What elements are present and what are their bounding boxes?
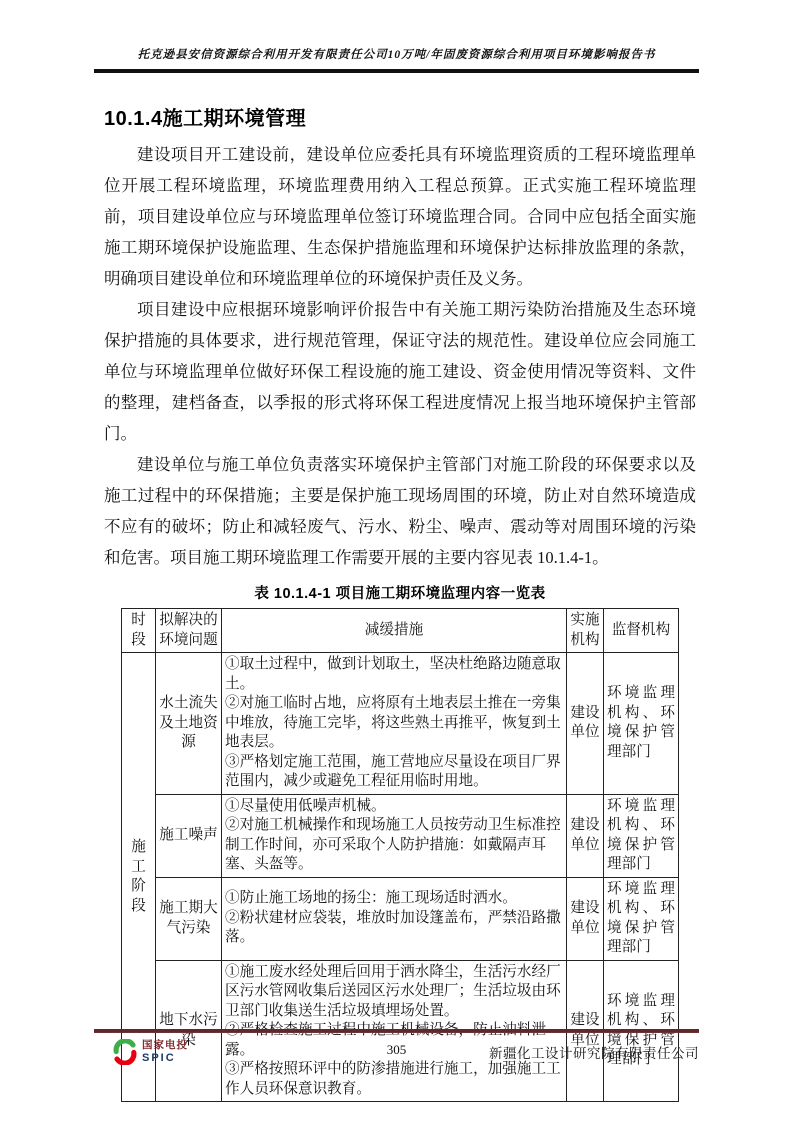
page-body: 10.1.4施工期环境管理 建设项目开工建设前，建设单位应委托具有环境监理资质的… <box>104 92 696 1102</box>
problem-cell: 水土流失及土地资源 <box>156 653 222 795</box>
table-row: 施工阶段 水土流失及土地资源 ①取土过程中，做到计划取土，坚决杜绝路边随意取土。… <box>122 653 679 795</box>
col-header-measures: 减缓措施 <box>222 609 567 653</box>
implementer-cell: 建设单位 <box>567 653 604 795</box>
footer-rule <box>94 1029 699 1033</box>
paragraph: 建设单位与施工单位负责落实环境保护主管部门对施工阶段的环保要求以及施工过程中的环… <box>104 449 696 573</box>
section-heading: 10.1.4施工期环境管理 <box>104 102 696 131</box>
problem-cell: 施工噪声 <box>156 794 222 877</box>
report-title: 托克逊县安信资源综合利用开发有限责任公司10万吨/年固废资源综合利用项目环境影响… <box>94 46 699 62</box>
table-header-row: 时段 拟解决的环境问题 减缓措施 实施机构 监督机构 <box>122 609 679 653</box>
table-row: 施工期大气污染 ①防止施工场地的扬尘：施工现场适时洒水。 ②粉状建材应袋装，堆放… <box>122 877 679 960</box>
table-row: 施工噪声 ①尽量使用低噪声机械。 ②对施工机械操作和现场施工人员按劳动卫生标准控… <box>122 794 679 877</box>
paragraph: 项目建设中应根据环境影响评价报告中有关施工期污染防治措施及生态环境保护措施的具体… <box>104 294 696 449</box>
table-caption: 表 10.1.4-1 项目施工期环境监理内容一览表 <box>104 582 696 603</box>
page-header: 托克逊县安信资源综合利用开发有限责任公司10万吨/年固废资源综合利用项目环境影响… <box>94 46 699 73</box>
measures-cell: ①尽量使用低噪声机械。 ②对施工机械操作和现场施工人员按劳动卫生标准控制工作时间… <box>222 794 567 877</box>
implementer-cell: 建设单位 <box>567 794 604 877</box>
footer-company-name: 新疆化工设计研究院有限责任公司 <box>489 1042 699 1062</box>
col-header-stage: 时段 <box>122 609 156 653</box>
col-header-implementer: 实施机构 <box>567 609 604 653</box>
header-rule <box>94 69 699 73</box>
implementer-cell: 建设单位 <box>567 877 604 960</box>
supervisor-cell: 环境监理机构、环境保护管理部门 <box>604 877 679 960</box>
document-page: 托克逊县安信资源综合利用开发有限责任公司10万吨/年固废资源综合利用项目环境影响… <box>0 0 793 1122</box>
paragraph: 建设项目开工建设前，建设单位应委托具有环境监理资质的工程环境监理单位开展工程环境… <box>104 139 696 294</box>
problem-cell: 施工期大气污染 <box>156 877 222 960</box>
col-header-problem: 拟解决的环境问题 <box>156 609 222 653</box>
measures-cell: ①取土过程中，做到计划取土，坚决杜绝路边随意取土。 ②对施工临时占地，应将原有土… <box>222 653 567 795</box>
measures-cell: ①防止施工场地的扬尘：施工现场适时洒水。 ②粉状建材应袋装，堆放时加设篷盖布，严… <box>222 877 567 960</box>
monitoring-table: 时段 拟解决的环境问题 减缓措施 实施机构 监督机构 施工阶段 水土流失及土地资… <box>121 608 679 1102</box>
col-header-supervisor: 监督机构 <box>604 609 679 653</box>
supervisor-cell: 环境监理机构、环境保护管理部门 <box>604 653 679 795</box>
supervisor-cell: 环境监理机构、环境保护管理部门 <box>604 794 679 877</box>
page-footer: 国家电投 SPIC 305 新疆化工设计研究院有限责任公司 <box>94 1029 699 1075</box>
